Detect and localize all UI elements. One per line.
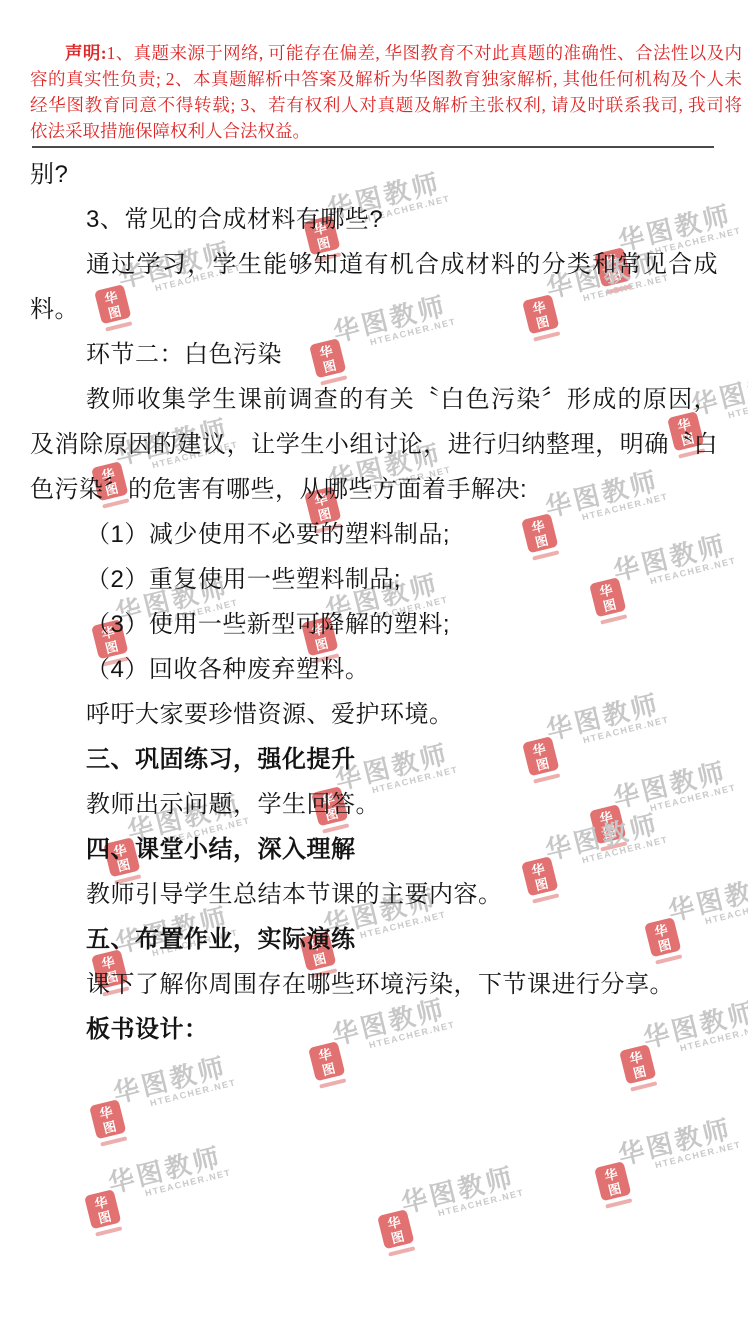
watermark-domain-text: HTEACHER.NET	[727, 389, 748, 420]
watermark-logo-subtext	[95, 1226, 122, 1236]
text-line: 教师出示问题，学生回答。	[30, 782, 718, 827]
text-line: 环节二：白色污染	[30, 332, 718, 377]
disclaimer-line: 依法采取措施保障权利人合法权益。	[30, 118, 742, 144]
watermark-domain-text: HTEACHER.NET	[149, 1077, 237, 1108]
document-body: 别?3、常见的合成材料有哪些?通过学习，学生能够知道有机合成材料的分类和常见合成…	[30, 152, 718, 1052]
text-line: 五、布置作业，实际演练	[30, 917, 718, 962]
divider-line	[32, 146, 714, 148]
watermark-brand-text: 华图教师	[397, 1157, 519, 1221]
text-line: 呼吁大家要珍惜资源、爱护环境。	[30, 692, 718, 737]
watermark: 华图教师 HTEACHER.NET 华图	[371, 1151, 550, 1269]
text-line: 通过学习，学生能够知道有机合成材料的分类和常见合成材	[30, 242, 718, 287]
disclaimer-line: 经华图教育同意不得转载; 3、若有权利人对真题及解析主张权利, 请及时联系我司,…	[30, 92, 742, 118]
watermark: 华图教师 HTEACHER.NET 华图	[78, 1131, 257, 1249]
text-line: （2）重复使用一些塑料制品;	[30, 557, 718, 602]
text-line: 3、常见的合成材料有哪些?	[30, 197, 718, 242]
huatu-logo-icon: 华图	[594, 1161, 631, 1201]
text-line: 板书设计：	[30, 1007, 718, 1052]
watermark-logo-subtext	[630, 1081, 657, 1091]
text-line: 别?	[30, 152, 718, 197]
watermark-domain-text: HTEACHER.NET	[654, 1139, 742, 1170]
text-line: （3）使用一些新型可降解的塑料;	[30, 602, 718, 647]
watermark-logo-subtext	[319, 1078, 346, 1088]
text-line: 三、巩固练习，强化提升	[30, 737, 718, 782]
disclaimer-line: 容的真实性负责; 2、本真题解析中答案及解析为华图教育独家解析, 其他任何机构及…	[30, 66, 742, 92]
watermark-brand-text: 华图教师	[104, 1137, 226, 1201]
disclaimer-line: 声明:1、真题来源于网络, 可能存在偏差, 华图教育不对此真题的准确性、合法性以…	[30, 40, 742, 66]
watermark-logo-subtext	[100, 1136, 127, 1146]
huatu-logo-icon: 华图	[377, 1209, 414, 1249]
disclaimer: 声明:1、真题来源于网络, 可能存在偏差, 华图教育不对此真题的准确性、合法性以…	[30, 40, 742, 144]
watermark-logo-subtext	[388, 1246, 415, 1256]
document-page: 华图教师 HTEACHER.NET 华图 华图教师 HTEACHER.NET 华…	[0, 0, 748, 1335]
text-line: 色污染〞的危害有哪些，从哪些方面着手解决:	[30, 467, 718, 512]
text-line: 及消除原因的建议，让学生小组讨论，进行归纳整理，明确〝白	[30, 422, 718, 467]
text-line: 课下了解你周围存在哪些环境污染，下节课进行分享。	[30, 962, 718, 1007]
watermark-brand-text: 华图教师	[109, 1047, 231, 1111]
huatu-logo-icon: 华图	[89, 1099, 126, 1139]
text-line: （1）减少使用不必要的塑料制品;	[30, 512, 718, 557]
text-line: 教师引导学生总结本节课的主要内容。	[30, 872, 718, 917]
text-line: 料。	[30, 287, 718, 332]
watermark-domain-text: HTEACHER.NET	[144, 1167, 232, 1198]
text-line: （4）回收各种废弃塑料。	[30, 647, 718, 692]
text-line: 四、课堂小结，深入理解	[30, 827, 718, 872]
watermark-logo-subtext	[605, 1198, 632, 1208]
text-line: 教师收集学生课前调查的有关〝白色污染〞形成的原因，以	[30, 377, 718, 422]
watermark: 华图教师 HTEACHER.NET 华图	[83, 1041, 262, 1159]
watermark: 华图教师 HTEACHER.NET 华图	[588, 1103, 748, 1221]
watermark-brand-text: 华图教师	[614, 1109, 736, 1173]
watermark-domain-text: HTEACHER.NET	[437, 1187, 525, 1218]
disclaimer-lead: 声明:	[65, 43, 107, 63]
huatu-logo-icon: 华图	[84, 1189, 121, 1229]
